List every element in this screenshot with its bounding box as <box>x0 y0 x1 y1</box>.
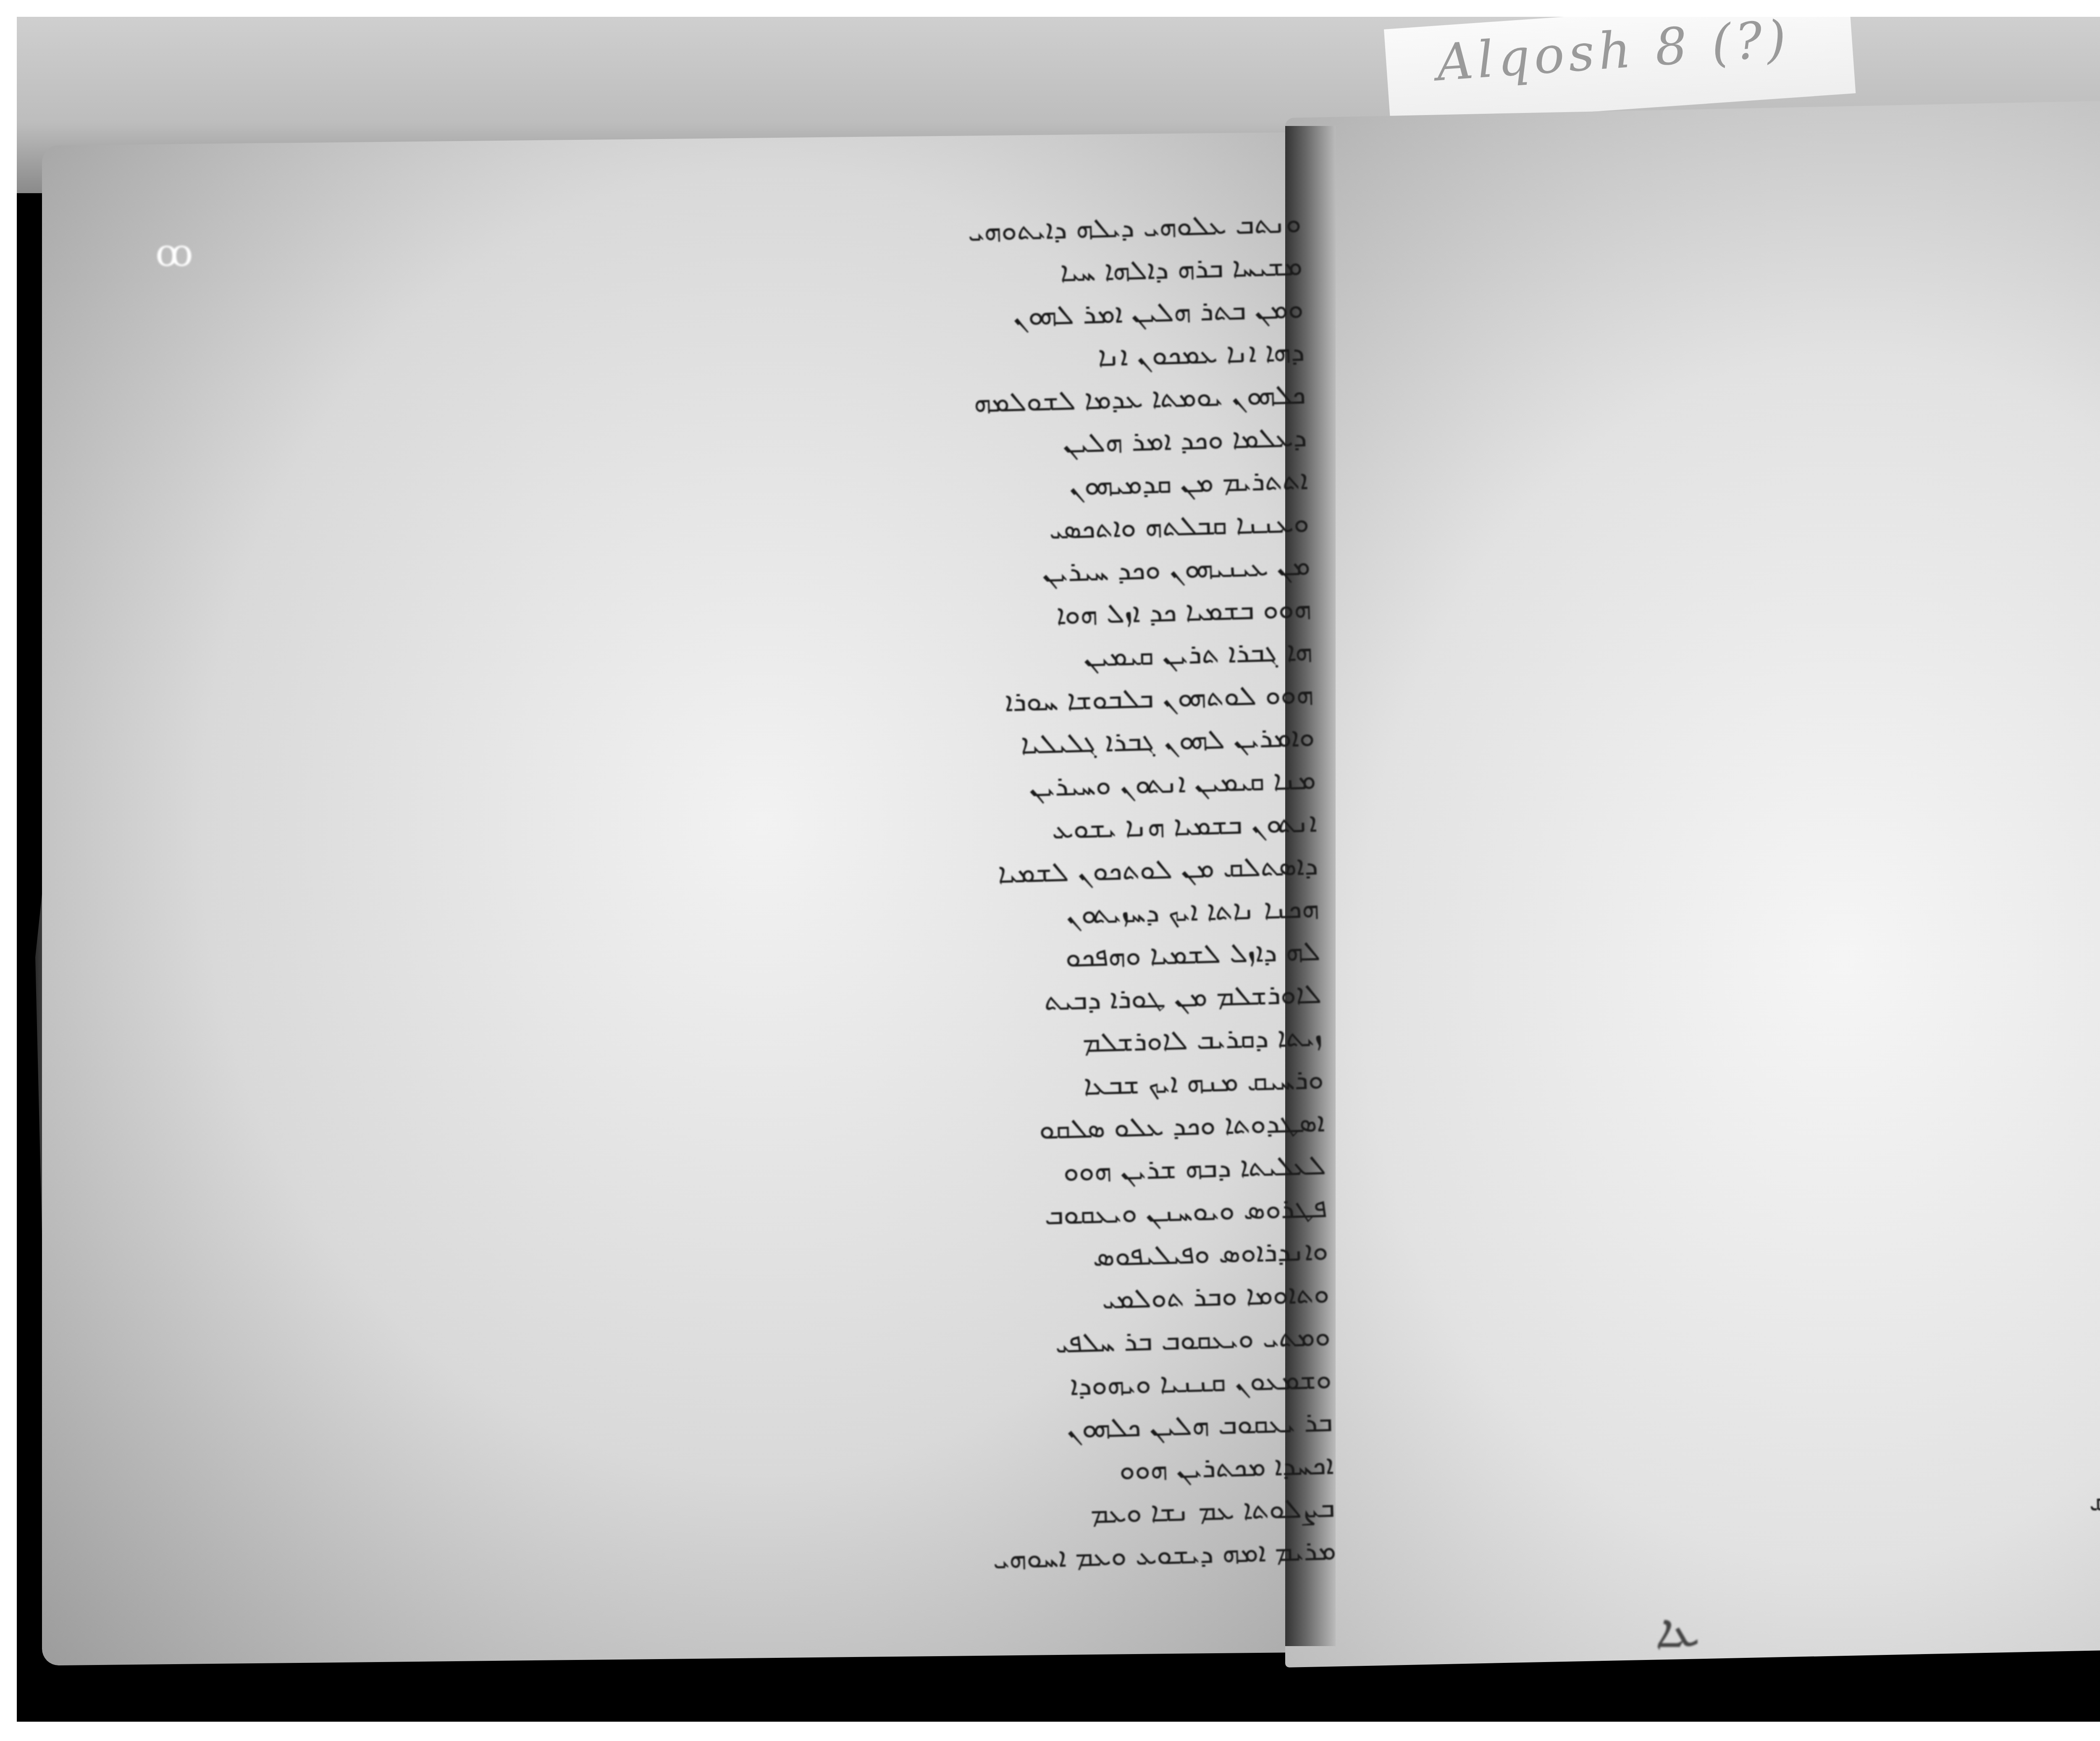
marginal-mark-left: ꝏ <box>155 231 193 275</box>
left-page-text: ܘܢܬܒ ܥܠܘܗܝ ܕܝܠܗ ܕܐܝܬܘܗܝܡܫܝܚܐ ܒܪܗ ܕܐܠܗܐ ܚ… <box>318 202 1336 1604</box>
right-page-text: ܘܒܗܠܝܢ ܝܘܡܬܐ ܩܡ ܫܡܥܘܢܟܐܦܐ ܒܝܬ ܬܠܡܝܕܐ ܘܐܡ… <box>1462 189 2100 1541</box>
shelfmark-label: Alqosh 8 (?) <box>1435 17 1792 92</box>
folio-number: ܥܐ <box>1655 1604 1699 1659</box>
manuscript-photograph: Alqosh 8 (?) ܘܢܬܒ ܥܠܘܗܝ ܕܝܠܗ ܕܐܝܬܘܗܝܡܫܝܚ… <box>17 17 2100 1722</box>
